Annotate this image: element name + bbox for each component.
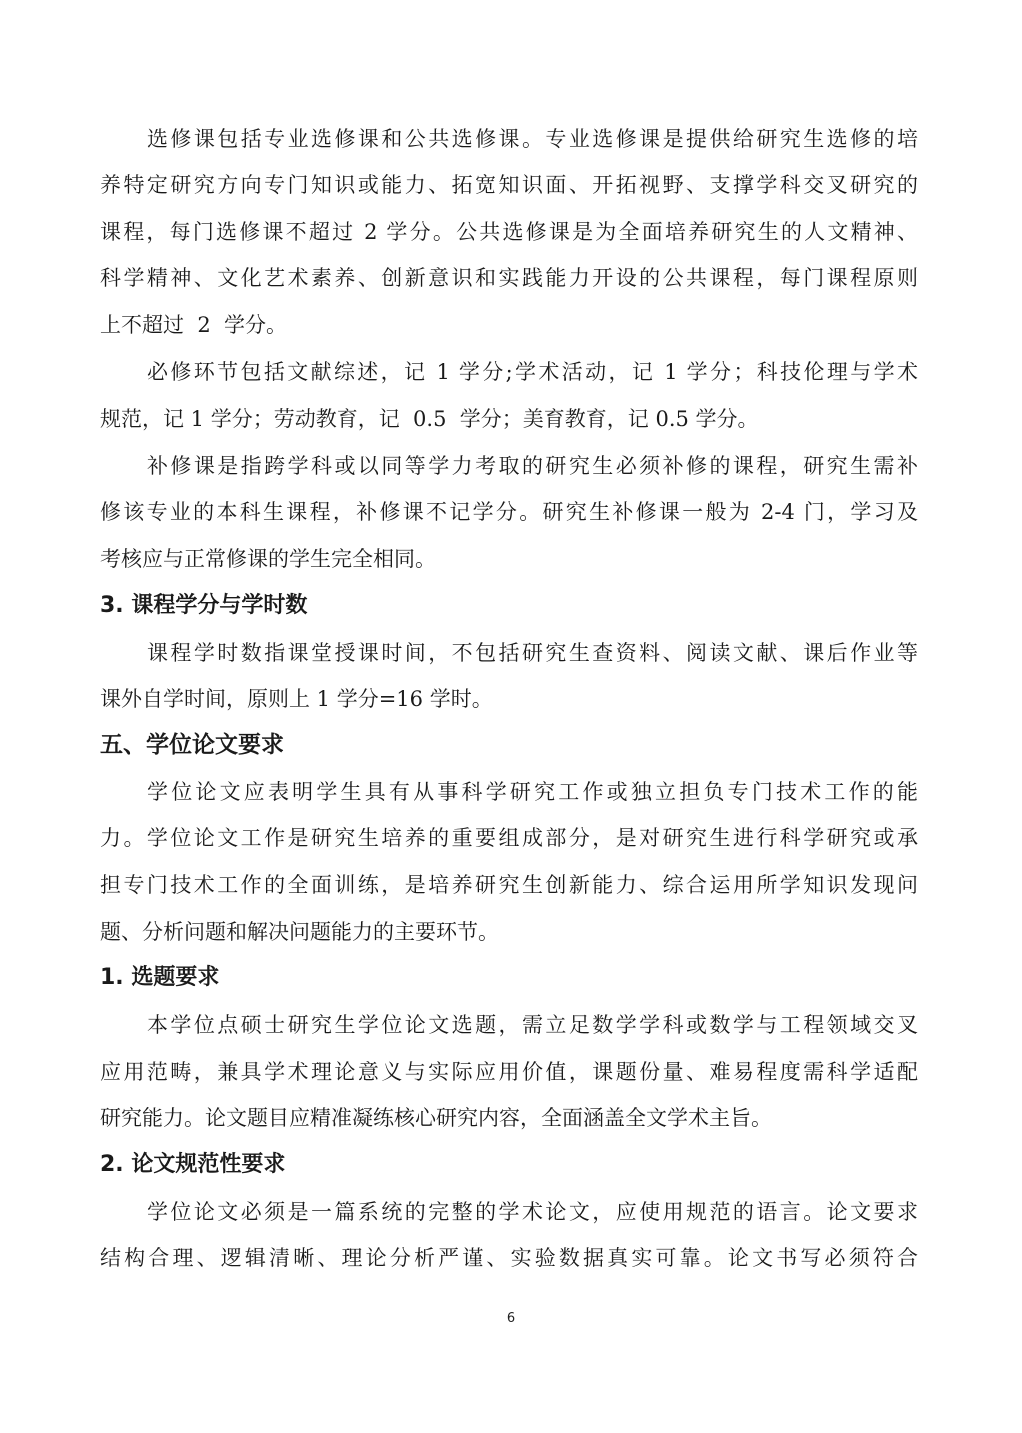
section-heading-thesis-norms: 2. 论文规范性要求: [100, 1149, 285, 1181]
text-line: 补修课是指跨学科或以同等学力考取的研究生必须补修的课程，研究生需补: [147, 451, 918, 481]
text-line: 必修环节包括文献综述，记 1 学分;学术活动，记 1 学分；科技伦理与学术: [147, 357, 918, 387]
text-line: 上不超过 2 学分。: [100, 310, 918, 340]
text-line: 担专门技术工作的全面训练，是培养研究生创新能力、综合运用所学知识发现问: [100, 870, 918, 900]
page-number: 6: [500, 1311, 522, 1326]
text-line: 科学精神、文化艺术素养、创新意识和实践能力开设的公共课程，每门课程原则: [100, 263, 918, 293]
text-line: 选修课包括专业选修课和公共选修课。专业选修课是提供给研究生选修的培: [147, 124, 918, 154]
text-line: 规范，记 1 学分；劳动教育，记 0.5 学分；美育教育，记 0.5 学分。: [100, 404, 918, 434]
section-heading-credits-hours: 3. 课程学分与学时数: [100, 590, 307, 622]
text-line: 学位论文应表明学生具有从事科学研究工作或独立担负专门技术工作的能: [147, 777, 918, 807]
section-heading-topic-selection: 1. 选题要求: [100, 962, 219, 994]
text-line: 课程学时数指课堂授课时间，不包括研究生查资料、阅读文献、课后作业等: [147, 638, 918, 668]
text-line: 应用范畴，兼具学术理论意义与实际应用价值，课题份量、难易程度需科学适配: [100, 1057, 918, 1087]
text-line: 学位论文必须是一篇系统的完整的学术论文，应使用规范的语言。论文要求: [147, 1197, 918, 1227]
text-line: 结构合理、逻辑清晰、理论分析严谨、实验数据真实可靠。论文书写必须符合: [100, 1243, 918, 1273]
document-page: 选修课包括专业选修课和公共选修课。专业选修课是提供给研究生选修的培 养特定研究方…: [0, 0, 1022, 1433]
chapter-heading-thesis-requirements: 五、学位论文要求: [100, 729, 284, 761]
text-line: 题、分析问题和解决问题能力的主要环节。: [100, 917, 918, 947]
text-line: 课程，每门选修课不超过 2 学分。公共选修课是为全面培养研究生的人文精神、: [100, 217, 918, 247]
text-line: 考核应与正常修课的学生完全相同。: [100, 544, 918, 574]
text-line: 修该专业的本科生课程，补修课不记学分。研究生补修课一般为 2-4 门，学习及: [100, 497, 918, 527]
text-line: 力。学位论文工作是研究生培养的重要组成部分，是对研究生进行科学研究或承: [100, 823, 918, 853]
text-line: 课外自学时间，原则上 1 学分=16 学时。: [100, 684, 918, 714]
text-line: 本学位点硕士研究生学位论文选题，需立足数学学科或数学与工程领域交叉: [147, 1010, 918, 1040]
text-line: 养特定研究方向专门知识或能力、拓宽知识面、开拓视野、支撑学科交叉研究的: [100, 170, 918, 200]
text-line: 研究能力。论文题目应精准凝练核心研究内容，全面涵盖全文学术主旨。: [100, 1103, 918, 1133]
